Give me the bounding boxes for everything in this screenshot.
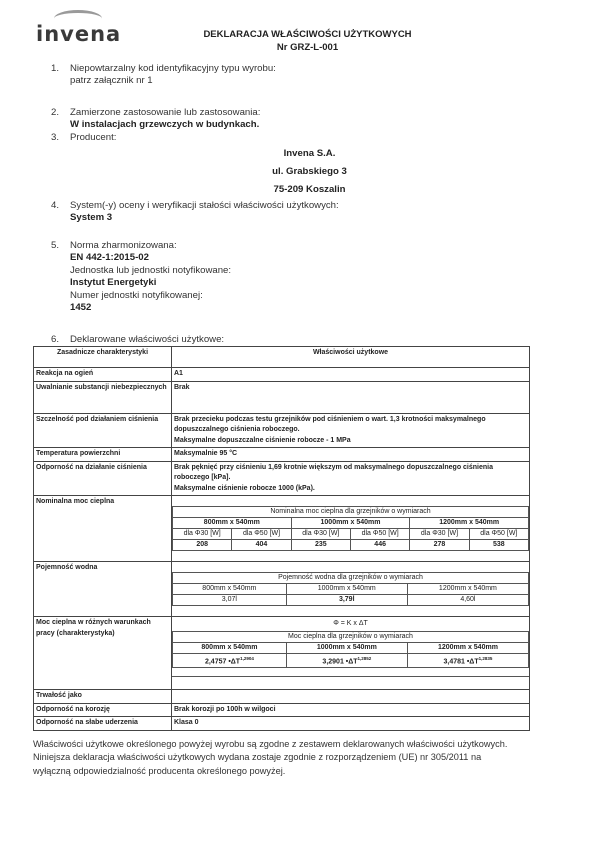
table-row: Odporność na działanie ciśnienia Brak pę… xyxy=(34,461,530,496)
conformity-statement: Właściwości użytkowe określonego powyżej… xyxy=(33,738,573,778)
section-4-value: System 3 xyxy=(70,212,339,224)
section-6-label: Deklarowane właściwości użytkowe: xyxy=(70,334,224,346)
table-row-water-capacity: Pojemność wodna Pojemność wodna dla grze… xyxy=(34,562,530,617)
heat-characteristic-subtable: Moc cieplna dla grzejników o wymiarach 8… xyxy=(172,631,529,668)
harmonized-standard: EN 442-1:2015-02 xyxy=(70,252,231,264)
table-row: Temperatura powierzchni Maksymalnie 95 °… xyxy=(34,448,530,462)
section-2-value: W instalacjach grzewczych w budynkach. xyxy=(70,119,260,131)
section-5-label: Norma zharmonizowana: xyxy=(70,240,231,252)
section-3: 3. Producent: xyxy=(70,132,116,144)
document-title: DEKLARACJA WŁAŚCIWOŚCI UŻYTKOWYCH xyxy=(10,29,595,40)
section-2: 2. Zamierzone zastosowanie lub zastosowa… xyxy=(70,107,260,132)
table-header-row: Zasadnicze charakterystyki Właściwości u… xyxy=(34,347,530,368)
section-4: 4. System(-y) oceny i weryfikacji stałoś… xyxy=(70,200,339,225)
notified-body: Instytut Energetyki xyxy=(70,277,231,289)
table-row-heat-characteristic: Moc cieplna w różnych warunkach pracy (c… xyxy=(34,617,530,690)
table-row: Odporność na słabe uderzenia Klasa 0 xyxy=(34,717,530,731)
water-capacity-subtable: Pojemność wodna dla grzejników o wymiara… xyxy=(172,572,529,606)
notified-number-label: Numer jednostki notyfikowanej: xyxy=(70,290,231,302)
section-1-label: Niepowtarzalny kod identyfikacyjny typu … xyxy=(70,63,276,75)
table-row: Szczelność pod działaniem ciśnienia Brak… xyxy=(34,413,530,448)
header-properties: Właściwości użytkowe xyxy=(172,347,530,368)
document-number: Nr GRZ-L-001 xyxy=(10,42,595,53)
table-row-nominal-power: Nominalna moc cieplna Nominalna moc ciep… xyxy=(34,496,530,562)
declared-properties-table: Zasadnicze charakterystyki Właściwości u… xyxy=(33,346,530,731)
producent-city: 75-209 Koszalin xyxy=(12,181,595,199)
table-row: Reakcja na ogień A1 xyxy=(34,368,530,382)
section-5: 5. Norma zharmonizowana: EN 442-1:2015-0… xyxy=(70,240,231,314)
section-4-label: System(-y) oceny i weryfikacji stałości … xyxy=(70,200,339,212)
table-row: Uwalnianie substancji niebezpiecznych Br… xyxy=(34,381,530,413)
header-characteristics: Zasadnicze charakterystyki xyxy=(34,347,172,368)
notified-body-label: Jednostka lub jednostki notyfikowane: xyxy=(70,265,231,277)
section-6: 6. Deklarowane właściwości użytkowe: xyxy=(70,334,224,346)
producent-address: Invena S.A. ul. Grabskiego 3 75-209 Kosz… xyxy=(12,145,595,199)
nominal-power-subtable: Nominalna moc cieplna dla grzejników o w… xyxy=(172,506,529,551)
section-1-value: patrz załącznik nr 1 xyxy=(70,75,276,87)
section-1: 1. Niepowtarzalny kod identyfikacyjny ty… xyxy=(70,63,276,88)
section-3-label: Producent: xyxy=(70,132,116,144)
producent-name: Invena S.A. xyxy=(12,145,595,163)
section-2-label: Zamierzone zastosowanie lub zastosowania… xyxy=(70,107,260,119)
heat-formula: Φ = K x ΔT xyxy=(172,617,529,631)
invena-logo: invena xyxy=(36,10,116,46)
table-row: Odporność na korozję Brak korozji po 100… xyxy=(34,703,530,717)
producent-street: ul. Grabskiego 3 xyxy=(12,163,595,181)
table-row: Trwałość jako xyxy=(34,690,530,704)
notified-number: 1452 xyxy=(70,302,231,314)
